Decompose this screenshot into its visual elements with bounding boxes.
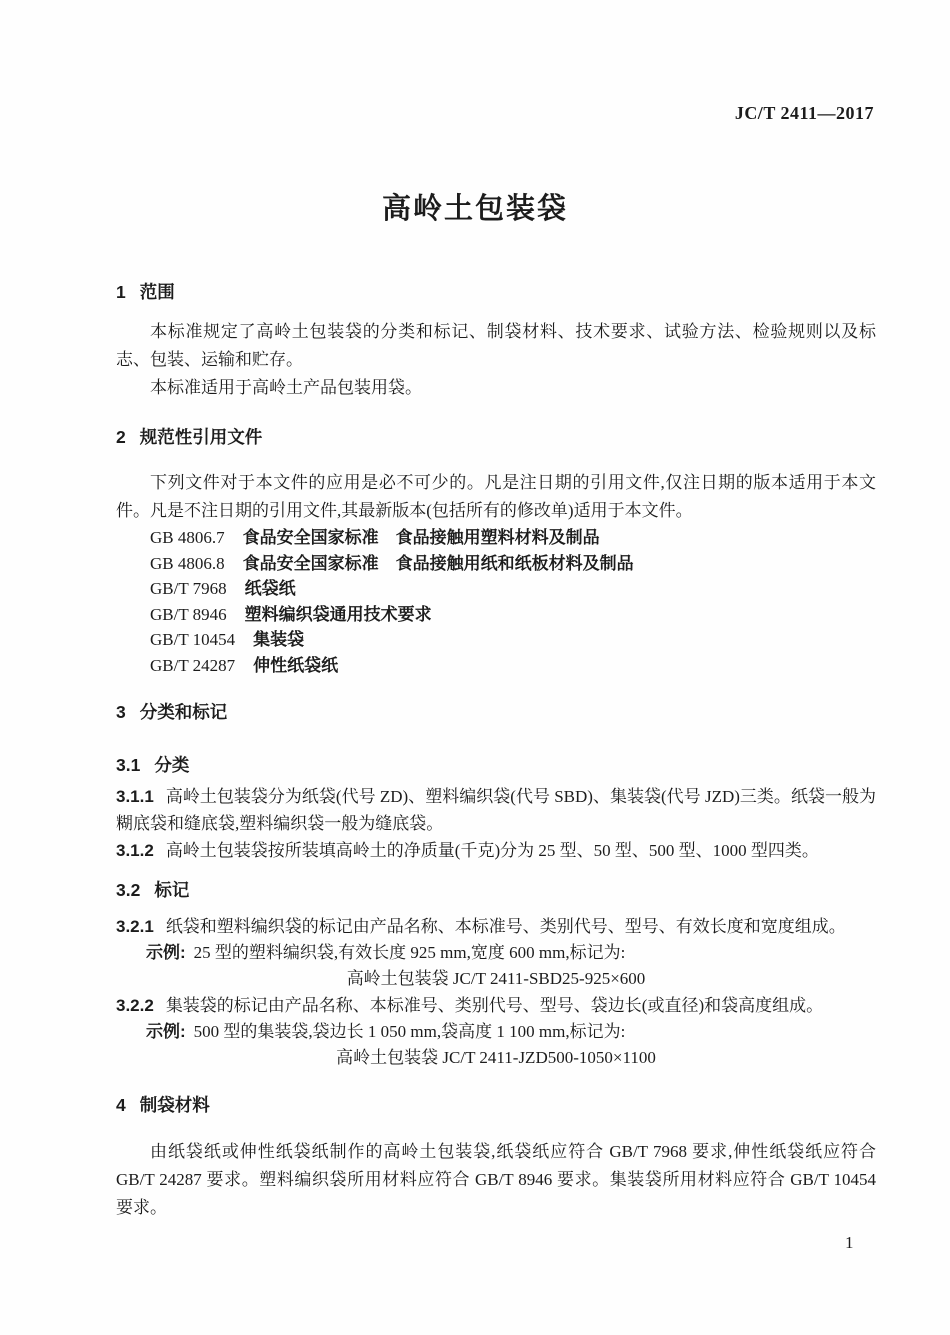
section-2-number: 2 <box>116 427 126 447</box>
reference-item: GB 4806.8食品安全国家标准 食品接触用纸和纸板材料及制品 <box>116 551 876 577</box>
reference-title: 塑料编织袋通用技术要求 <box>245 605 432 624</box>
section-3-1-heading: 3.1分类 <box>116 753 876 777</box>
reference-code: GB/T 8946 <box>150 605 227 624</box>
document-body: 1范围 本标准规定了高岭土包装袋的分类和标记、制袋材料、技术要求、试验方法、检验… <box>116 270 876 1222</box>
reference-title: 食品安全国家标准 食品接触用纸和纸板材料及制品 <box>243 554 634 573</box>
clause-3-1-1: 3.1.1高岭土包装袋分为纸袋(代号 ZD)、塑料编织袋(代号 SBD)、集装袋… <box>116 783 876 837</box>
section-4-paragraph-1: 由纸袋纸或伸性纸袋纸制作的高岭土包装袋,纸袋纸应符合 GB/T 7968 要求,… <box>116 1138 876 1222</box>
section-4-heading: 4制袋材料 <box>116 1093 876 1117</box>
section-4-title: 制袋材料 <box>140 1095 210 1115</box>
clause-3-1-1-text: 高岭土包装袋分为纸袋(代号 ZD)、塑料编织袋(代号 SBD)、集装袋(代号 J… <box>116 787 876 833</box>
example-1: 示例:25 型的塑料编织袋,有效长度 925 mm,宽度 600 mm,标记为: <box>116 940 876 966</box>
reference-item: GB/T 7968纸袋纸 <box>116 576 876 602</box>
reference-item: GB/T 24287伸性纸袋纸 <box>116 653 876 679</box>
reference-item: GB/T 10454集装袋 <box>116 627 876 653</box>
reference-code: GB 4806.8 <box>150 554 225 573</box>
example-1-label: 示例: <box>146 943 186 962</box>
section-1-paragraph-1: 本标准规定了高岭土包装袋的分类和标记、制袋材料、技术要求、试验方法、检验规则以及… <box>116 318 876 374</box>
section-2-title: 规范性引用文件 <box>140 427 263 447</box>
example-1-designation: 高岭土包装袋 JC/T 2411-SBD25-925×600 <box>116 966 876 992</box>
standard-number: JC/T 2411—2017 <box>735 103 874 124</box>
section-2-heading: 2规范性引用文件 <box>116 425 876 449</box>
reference-title: 集装袋 <box>253 630 304 649</box>
section-3-1-number: 3.1 <box>116 755 140 775</box>
reference-title: 伸性纸袋纸 <box>253 656 338 675</box>
section-3-2-heading: 3.2标记 <box>116 878 876 902</box>
section-3-2-title: 标记 <box>154 880 189 900</box>
example-1-text: 25 型的塑料编织袋,有效长度 925 mm,宽度 600 mm,标记为: <box>194 943 626 962</box>
section-3-number: 3 <box>116 702 126 722</box>
reference-code: GB/T 7968 <box>150 579 227 598</box>
document-title: 高岭土包装袋 <box>0 186 950 227</box>
clause-3-1-2-text: 高岭土包装袋按所装填高岭土的净质量(千克)分为 25 型、50 型、500 型、… <box>166 841 819 860</box>
reference-item: GB 4806.7食品安全国家标准 食品接触用塑料材料及制品 <box>116 525 876 551</box>
reference-list: GB 4806.7食品安全国家标准 食品接触用塑料材料及制品 GB 4806.8… <box>116 525 876 678</box>
reference-code: GB 4806.7 <box>150 528 225 547</box>
reference-title: 食品安全国家标准 食品接触用塑料材料及制品 <box>243 528 600 547</box>
clause-3-2-1: 3.2.1纸袋和塑料编织袋的标记由产品名称、本标准号、类别代号、型号、有效长度和… <box>116 913 876 940</box>
clause-3-1-2: 3.1.2高岭土包装袋按所装填高岭土的净质量(千克)分为 25 型、50 型、5… <box>116 837 876 864</box>
clause-3-2-2-text: 集装袋的标记由产品名称、本标准号、类别代号、型号、袋边长(或直径)和袋高度组成。 <box>166 996 823 1015</box>
clause-3-2-2-number: 3.2.2 <box>116 996 154 1015</box>
example-2-designation: 高岭土包装袋 JC/T 2411-JZD500-1050×1100 <box>116 1045 876 1071</box>
reference-item: GB/T 8946塑料编织袋通用技术要求 <box>116 602 876 628</box>
section-3-heading: 3分类和标记 <box>116 700 876 724</box>
clause-3-1-2-number: 3.1.2 <box>116 841 154 860</box>
example-2-text: 500 型的集装袋,袋边长 1 050 mm,袋高度 1 100 mm,标记为: <box>194 1022 626 1041</box>
clause-3-1-1-number: 3.1.1 <box>116 787 154 806</box>
section-4-number: 4 <box>116 1095 126 1115</box>
section-1-title: 范围 <box>140 282 175 302</box>
clause-3-2-1-number: 3.2.1 <box>116 917 154 936</box>
section-2-paragraph-1: 下列文件对于本文件的应用是必不可少的。凡是注日期的引用文件,仅注日期的版本适用于… <box>116 469 876 525</box>
document-page: JC/T 2411—2017 高岭土包装袋 1范围 本标准规定了高岭土包装袋的分… <box>0 0 950 1335</box>
reference-title: 纸袋纸 <box>245 579 296 598</box>
example-2-label: 示例: <box>146 1022 186 1041</box>
section-1-paragraph-2: 本标准适用于高岭土产品包装用袋。 <box>116 374 876 402</box>
section-1-number: 1 <box>116 282 126 302</box>
clause-3-2-1-text: 纸袋和塑料编织袋的标记由产品名称、本标准号、类别代号、型号、有效长度和宽度组成。 <box>166 917 846 936</box>
page-number: 1 <box>845 1233 854 1253</box>
section-3-1-title: 分类 <box>154 755 189 775</box>
section-3-title: 分类和标记 <box>140 702 228 722</box>
section-1-heading: 1范围 <box>116 280 876 304</box>
reference-code: GB/T 10454 <box>150 630 235 649</box>
clause-3-2-2: 3.2.2集装袋的标记由产品名称、本标准号、类别代号、型号、袋边长(或直径)和袋… <box>116 992 876 1019</box>
example-2: 示例:500 型的集装袋,袋边长 1 050 mm,袋高度 1 100 mm,标… <box>116 1019 876 1045</box>
reference-code: GB/T 24287 <box>150 656 235 675</box>
section-3-2-number: 3.2 <box>116 880 140 900</box>
